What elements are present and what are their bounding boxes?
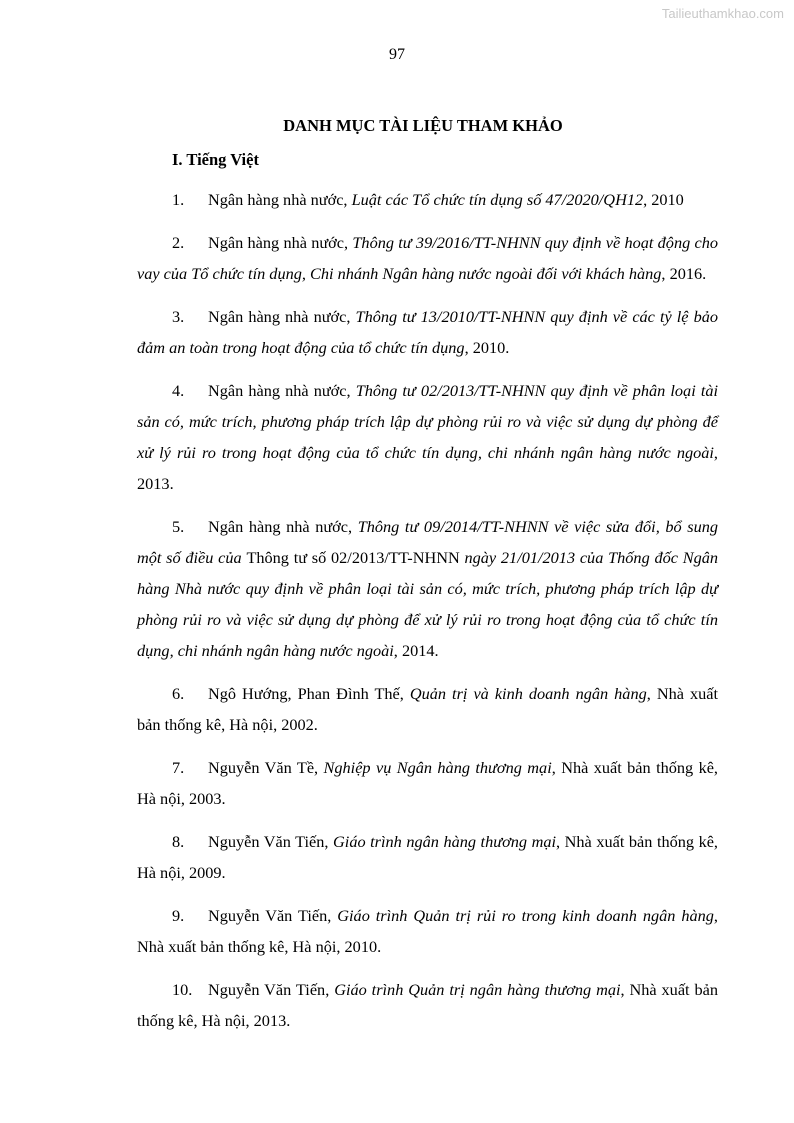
reference-text: Ngân hàng nhà nước,	[208, 307, 356, 326]
reference-title: Giáo trình Quản trị rủi ro trong kinh do…	[337, 906, 714, 925]
reference-item: 4.Ngân hàng nhà nước, Thông tư 02/2013/T…	[137, 375, 718, 499]
reference-title: Giáo trình ngân hàng thương mại	[333, 832, 556, 851]
reference-number: 3.	[172, 301, 208, 332]
reference-number: 2.	[172, 227, 208, 258]
reference-text: Ngân hàng nhà nước,	[208, 233, 352, 252]
reference-item: 3.Ngân hàng nhà nước, Thông tư 13/2010/T…	[137, 301, 718, 363]
reference-number: 9.	[172, 900, 208, 931]
reference-title: Luật các Tổ chức tín dụng số 47/2020/QH1…	[352, 190, 644, 209]
reference-text: , 2014.	[394, 641, 439, 660]
reference-number: 1.	[172, 184, 208, 215]
reference-item: 8.Nguyễn Văn Tiến, Giáo trình ngân hàng …	[137, 826, 718, 888]
section-heading: I. Tiếng Việt	[172, 150, 259, 170]
reference-text: Nguyễn Văn Tiến,	[208, 906, 337, 925]
reference-title: Giáo trình Quản trị ngân hàng thương mại	[334, 980, 620, 999]
reference-item: 1.Ngân hàng nhà nước, Luật các Tổ chức t…	[137, 184, 718, 215]
reference-item: 2.Ngân hàng nhà nước, Thông tư 39/2016/T…	[137, 227, 718, 289]
reference-list: 1.Ngân hàng nhà nước, Luật các Tổ chức t…	[137, 184, 718, 1048]
reference-item: 6.Ngô Hướng, Phan Đình Thế, Quản trị và …	[137, 678, 718, 740]
reference-text: Thông tư số 02/2013/TT-NHNN	[246, 548, 459, 567]
reference-number: 4.	[172, 375, 208, 406]
reference-text: , 2016.	[661, 264, 706, 283]
reference-text: Ngô Hướng, Phan Đình Thế,	[208, 684, 410, 703]
reference-number: 6.	[172, 678, 208, 709]
reference-number: 5.	[172, 511, 208, 542]
reference-text: Ngân hàng nhà nước,	[208, 190, 352, 209]
reference-number: 8.	[172, 826, 208, 857]
reference-text: Nguyễn Văn Tề,	[208, 758, 324, 777]
watermark: Tailieuthamkhao.com	[662, 6, 784, 21]
page-title: DANH MỤC TÀI LIỆU THAM KHẢO	[0, 116, 794, 136]
reference-text: Ngân hàng nhà nước,	[208, 517, 358, 536]
reference-item: 9.Nguyễn Văn Tiến, Giáo trình Quản trị r…	[137, 900, 718, 962]
reference-text: Nguyễn Văn Tiến,	[208, 832, 333, 851]
reference-text: , 2010.	[465, 338, 510, 357]
reference-item: 7.Nguyễn Văn Tề, Nghiệp vụ Ngân hàng thư…	[137, 752, 718, 814]
reference-text: Ngân hàng nhà nước,	[208, 381, 356, 400]
reference-title: Quản trị và kinh doanh ngân hàng	[410, 684, 647, 703]
reference-item: 5.Ngân hàng nhà nước, Thông tư 09/2014/T…	[137, 511, 718, 666]
reference-text: , 2010	[643, 190, 684, 209]
reference-text: Nguyễn Văn Tiến,	[208, 980, 334, 999]
reference-item: 10.Nguyễn Văn Tiến, Giáo trình Quản trị …	[137, 974, 718, 1036]
reference-number: 7.	[172, 752, 208, 783]
reference-title: Nghiệp vụ Ngân hàng thương mại	[324, 758, 552, 777]
reference-number: 10.	[172, 974, 208, 1005]
page-number: 97	[0, 46, 794, 64]
